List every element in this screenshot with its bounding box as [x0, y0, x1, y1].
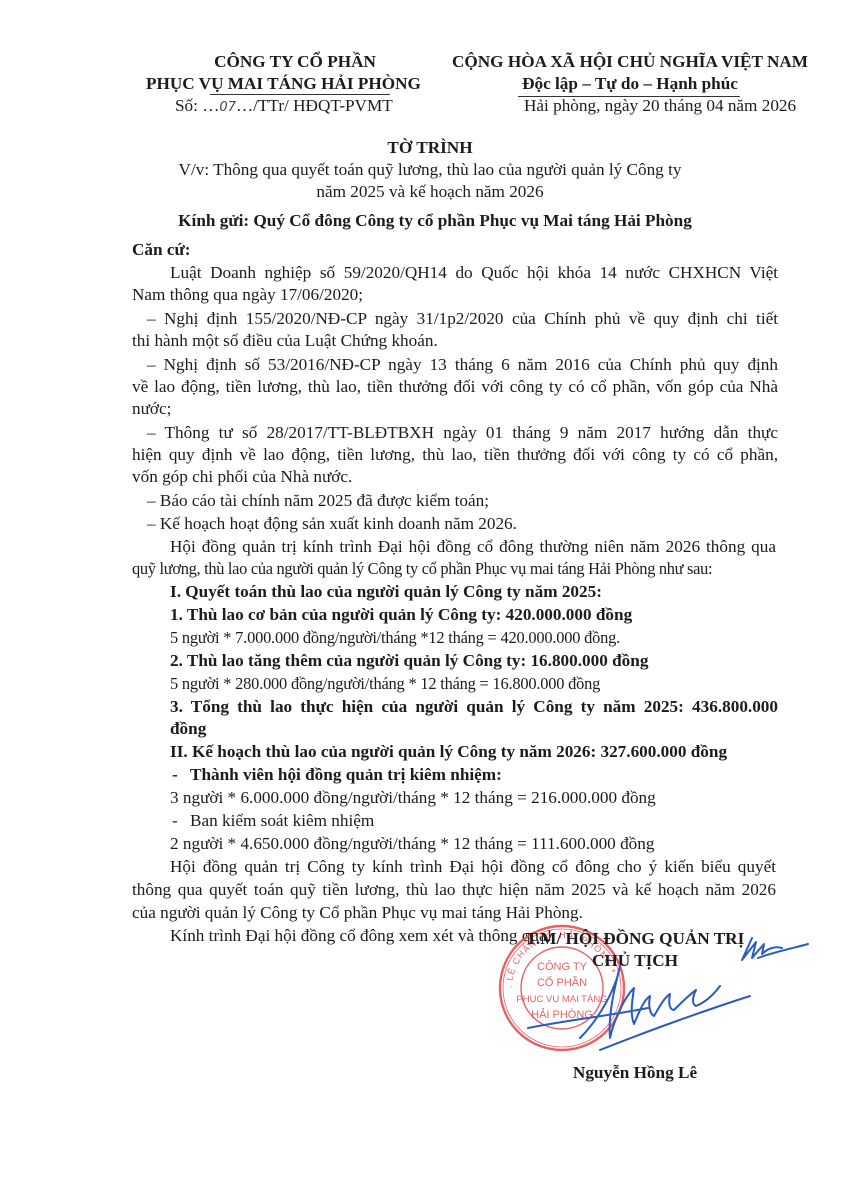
- national-title: CỘNG HÒA XÃ HỘI CHỦ NGHĨA VIỆT NAM: [440, 52, 820, 72]
- basis-heading: Căn cứ:: [132, 240, 191, 260]
- intro-line1: Hội đồng quản trị kính trình Đại hội đồn…: [170, 537, 776, 557]
- basis-item-4-line2: hiện quy định về lao động, tiền lương, t…: [132, 445, 778, 465]
- place-date: Hải phòng, ngày 20 tháng 04 năm 2026: [524, 96, 796, 116]
- section2-group2-label: Ban kiểm soát kiêm nhiệm: [190, 811, 374, 831]
- basis-item-2-line2: thi hành một số điều của Luật Chứng khoá…: [132, 331, 438, 351]
- basis-item-3-line1: – Nghị định số 53/2016/NĐ-CP ngày 13 thá…: [147, 355, 778, 375]
- section1-item2-calc: 5 người * 280.000 đồng/người/tháng * 12 …: [170, 674, 600, 694]
- subject-line2: năm 2025 và kế hoạch năm 2026: [130, 182, 730, 202]
- closing-line2: thông qua quyết toán quỹ tiền lương, thù…: [132, 880, 776, 900]
- company-name-line1: CÔNG TY CỔ PHẦN: [150, 52, 440, 72]
- section2-group1-bullet: -: [172, 765, 178, 785]
- basis-item-6: – Kế hoạch hoạt động sản xuất kinh doanh…: [147, 514, 517, 534]
- handwritten-signature: [520, 920, 820, 1080]
- section1-item3-heading-line1: 3. Tổng thù lao thực hiện của người quản…: [170, 697, 778, 717]
- section2-group2-bullet: -: [172, 811, 178, 831]
- subject-line1: V/v: Thông qua quyết toán quỹ lương, thù…: [130, 160, 730, 180]
- section1-item2-heading: 2. Thù lao tăng thêm của người quản lý C…: [170, 651, 648, 671]
- basis-item-4-line3: vốn góp chi phối của Nhà nước.: [132, 467, 352, 487]
- basis-item-2-line1: – Nghị định 155/2020/NĐ-CP ngày 31/1p2/2…: [147, 309, 778, 329]
- basis-item-4-line1: – Thông tư số 28/2017/TT-BLĐTBXH ngày 01…: [147, 423, 778, 443]
- section1-item1-calc: 5 người * 7.000.000 đồng/người/tháng *12…: [170, 628, 620, 648]
- closing-line3: của người quản lý Công ty Cổ phần Phục v…: [132, 903, 583, 923]
- section1-item3-heading-line2: đồng: [170, 719, 206, 739]
- signer-name: Nguyễn Hồng Lê: [500, 1063, 770, 1083]
- basis-item-1-line2: Nam thông qua ngày 17/06/2020;: [132, 285, 363, 305]
- section1-heading: I. Quyết toán thù lao của người quản lý …: [170, 582, 602, 602]
- document-type: TỜ TRÌNH: [130, 138, 730, 158]
- recipient: Kính gửi: Quý Cổ đông Công ty cổ phần Ph…: [130, 211, 740, 231]
- section2-group1-calc: 3 người * 6.000.000 đồng/người/tháng * 1…: [170, 788, 656, 808]
- basis-item-1-line1: Luật Doanh nghiệp số 59/2020/QH14 do Quố…: [170, 263, 778, 283]
- company-name-line2: PHỤC VỤ MAI TÁNG HẢI PHÒNG: [146, 74, 421, 94]
- handwritten-number: 07: [219, 100, 236, 115]
- basis-item-3-line2: về lao động, tiền lương, thù lao, tiền t…: [132, 377, 778, 397]
- section1-item1-heading: 1. Thù lao cơ bản của người quản lý Công…: [170, 605, 632, 625]
- intro-line2: quỹ lương, thù lao của người quản lý Côn…: [132, 559, 712, 579]
- header-left-underline: [210, 94, 390, 95]
- section2-group2-calc: 2 người * 4.650.000 đồng/người/tháng * 1…: [170, 834, 654, 854]
- company-name-text: PHỤC VỤ MAI TÁNG HẢI PHÒNG: [146, 74, 421, 93]
- closing-final: Kính trình Đại hội đồng cổ đông xem xét …: [170, 926, 552, 946]
- basis-item-5: – Báo cáo tài chính năm 2025 đã được kiể…: [147, 491, 489, 511]
- section2-heading: II. Kế hoạch thù lao của người quản lý C…: [170, 742, 727, 762]
- national-motto: Độc lập – Tự do – Hạnh phúc: [440, 74, 820, 94]
- document-number: Số: …07…/TTr/ HĐQT-PVMT: [175, 96, 393, 116]
- section2-group1-label: Thành viên hội đồng quản trị kiêm nhiệm:: [190, 765, 502, 785]
- closing-line1: Hội đồng quản trị Công ty kính trình Đại…: [170, 857, 776, 877]
- basis-item-3-line3: nước;: [132, 399, 171, 419]
